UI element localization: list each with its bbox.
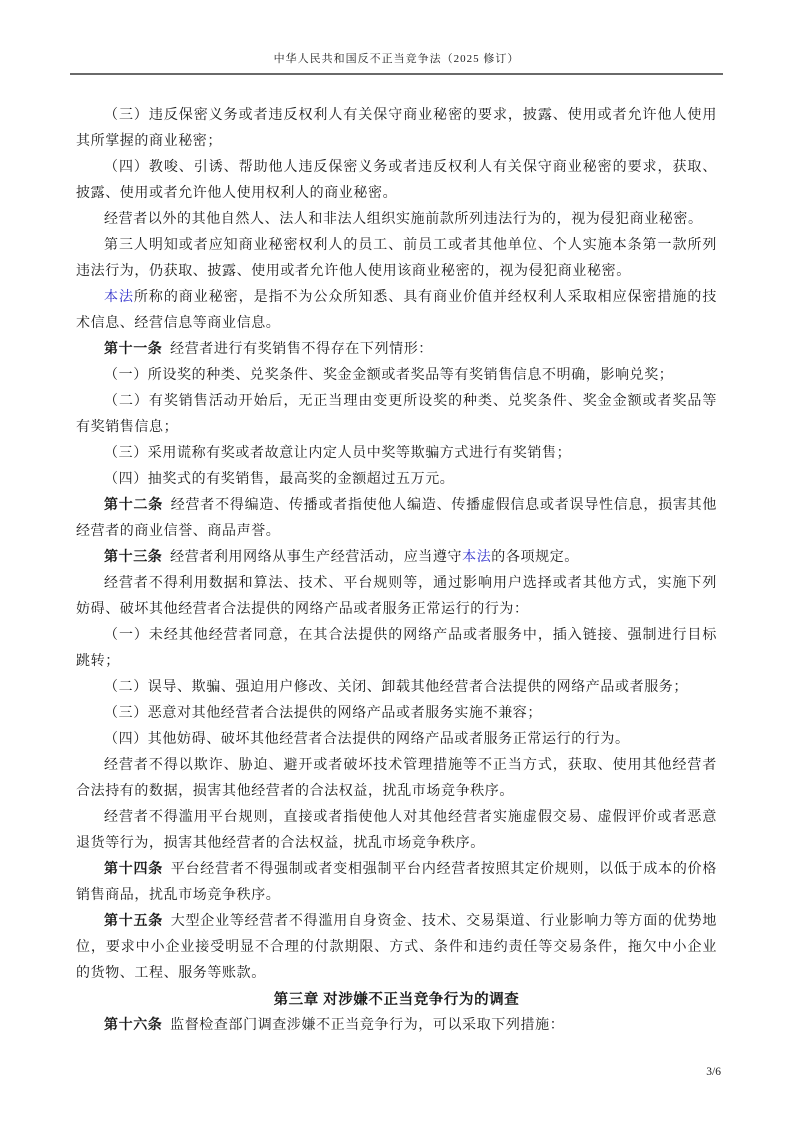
paragraph: 经营者以外的其他自然人、法人和非法人组织实施前款所列违法行为的，视为侵犯商业秘密… xyxy=(76,207,717,233)
text-run: 所称的商业秘密，是指不为公众所知悉、具有商业价值并经权利人采取相应保密措施的技术… xyxy=(76,290,717,331)
paragraph: （四）教唆、引诱、帮助他人违反保密义务或者违反权利人有关保守商业秘密的要求，获取… xyxy=(76,155,717,207)
text-run: （一）所设奖的种类、兑奖条件、奖金金额或者奖品等有奖销售信息不明确，影响兑奖； xyxy=(104,368,673,383)
text-run: （三）采用谎称有奖或者故意让内定人员中奖等欺骗方式进行有奖销售； xyxy=(104,446,571,461)
document-body: （三）违反保密义务或者违反权利人有关保守商业秘密的要求，披露、使用或者允许他人使… xyxy=(0,75,793,1039)
paragraph: 经营者不得利用数据和算法、技术、平台规则等，通过影响用户选择或者其他方式，实施下… xyxy=(76,571,717,623)
paragraph: 经营者不得滥用平台规则，直接或者指使他人对其他经营者实施虚假交易、虚假评价或者恶… xyxy=(76,805,717,857)
text-run: （四）抽奖式的有奖销售，最高奖的金额超过五万元。 xyxy=(104,472,454,487)
paragraph: 第十六条监督检查部门调查涉嫌不正当竞争行为，可以采取下列措施： xyxy=(76,1013,717,1039)
text-run: 经营者不得编造、传播或者指使他人编造、传播虚假信息或者误导性信息，损害其他经营者… xyxy=(76,498,717,539)
text-run: （三）恶意对其他经营者合法提供的网络产品或者服务实施不兼容； xyxy=(104,706,542,721)
text-run: 大型企业等经营者不得滥用自身资金、技术、交易渠道、行业影响力等方面的优势地位，要… xyxy=(76,914,717,981)
paragraph: （三）采用谎称有奖或者故意让内定人员中奖等欺骗方式进行有奖销售； xyxy=(76,441,717,467)
text-run: 经营者进行有奖销售不得存在下列情形： xyxy=(170,342,433,357)
document-title: 中华人民共和国反不正当竞争法（2025 修订） xyxy=(70,50,723,75)
text-run: 监督检查部门调查涉嫌不正当竞争行为，可以采取下列措施： xyxy=(170,1018,564,1033)
text-run: 经营者不得利用数据和算法、技术、平台规则等，通过影响用户选择或者其他方式，实施下… xyxy=(76,576,717,617)
paragraph: 第十三条经营者利用网络从事生产经营活动，应当遵守本法的各项规定。 xyxy=(76,545,717,571)
paragraph: 第三人明知或者应知商业秘密权利人的员工、前员工或者其他单位、个人实施本条第一款所… xyxy=(76,233,717,285)
text-run: 经营者不得滥用平台规则，直接或者指使他人对其他经营者实施虚假交易、虚假评价或者恶… xyxy=(76,810,717,851)
text-run: （三）违反保密义务或者违反权利人有关保守商业秘密的要求，披露、使用或者允许他人使… xyxy=(76,108,717,149)
law-reference-link[interactable]: 本法 xyxy=(462,550,491,565)
paragraph: 第十二条经营者不得编造、传播或者指使他人编造、传播虚假信息或者误导性信息，损害其… xyxy=(76,493,717,545)
paragraph: 经营者不得以欺诈、胁迫、避开或者破坏技术管理措施等不正当方式，获取、使用其他经营… xyxy=(76,753,717,805)
law-reference-link[interactable]: 本法 xyxy=(104,290,134,305)
paragraph: 本法所称的商业秘密，是指不为公众所知悉、具有商业价值并经权利人采取相应保密措施的… xyxy=(76,285,717,337)
text-run: （二）有奖销售活动开始后，无正当理由变更所设奖的种类、兑奖条件、奖金金额或者奖品… xyxy=(76,394,717,435)
paragraph: （四）抽奖式的有奖销售，最高奖的金额超过五万元。 xyxy=(76,467,717,493)
document-page: 中华人民共和国反不正当竞争法（2025 修订） （三）违反保密义务或者违反权利人… xyxy=(0,0,793,1122)
text-run: 经营者利用网络从事生产经营活动，应当遵守 xyxy=(170,550,462,565)
paragraph: （四）其他妨碍、破坏其他经营者合法提供的网络产品或者服务正常运行的行为。 xyxy=(76,727,717,753)
paragraph: （一）所设奖的种类、兑奖条件、奖金金额或者奖品等有奖销售信息不明确，影响兑奖； xyxy=(76,363,717,389)
text-run: （四）教唆、引诱、帮助他人违反保密义务或者违反权利人有关保守商业秘密的要求，获取… xyxy=(76,160,717,201)
paragraph: （一）未经其他经营者同意，在其合法提供的网络产品或者服务中，插入链接、强制进行目… xyxy=(76,623,717,675)
text-run: 平台经营者不得强制或者变相强制平台内经营者按照其定价规则，以低于成本的价格销售商… xyxy=(76,862,717,903)
paragraph: 第十四条平台经营者不得强制或者变相强制平台内经营者按照其定价规则，以低于成本的价… xyxy=(76,857,717,909)
page-number: 3/6 xyxy=(706,1066,721,1078)
chapter-heading: 第三章 对涉嫌不正当竞争行为的调查 xyxy=(76,987,717,1013)
paragraph: （二）有奖销售活动开始后，无正当理由变更所设奖的种类、兑奖条件、奖金金额或者奖品… xyxy=(76,389,717,441)
text-run: （一）未经其他经营者同意，在其合法提供的网络产品或者服务中，插入链接、强制进行目… xyxy=(76,628,717,669)
text-run: 第三人明知或者应知商业秘密权利人的员工、前员工或者其他单位、个人实施本条第一款所… xyxy=(76,238,717,279)
text-run: （二）误导、欺骗、强迫用户修改、关闭、卸载其他经营者合法提供的网络产品或者服务； xyxy=(104,680,688,695)
paragraph: （二）误导、欺骗、强迫用户修改、关闭、卸载其他经营者合法提供的网络产品或者服务； xyxy=(76,675,717,701)
paragraph: 第十五条大型企业等经营者不得滥用自身资金、技术、交易渠道、行业影响力等方面的优势… xyxy=(76,909,717,987)
paragraph: （三）恶意对其他经营者合法提供的网络产品或者服务实施不兼容； xyxy=(76,701,717,727)
article-number: 第十六条 xyxy=(104,1018,162,1033)
text-run: （四）其他妨碍、破坏其他经营者合法提供的网络产品或者服务正常运行的行为。 xyxy=(104,732,630,747)
article-number: 第十三条 xyxy=(104,550,162,565)
paragraph: （三）违反保密义务或者违反权利人有关保守商业秘密的要求，披露、使用或者允许他人使… xyxy=(76,103,717,155)
text-run: 经营者以外的其他自然人、法人和非法人组织实施前款所列违法行为的，视为侵犯商业秘密… xyxy=(104,212,703,227)
text-run: 第三章 对涉嫌不正当竞争行为的调查 xyxy=(274,992,520,1008)
article-number: 第十一条 xyxy=(104,342,162,357)
article-number: 第十二条 xyxy=(104,498,163,513)
article-number: 第十五条 xyxy=(104,914,163,929)
page-header: 中华人民共和国反不正当竞争法（2025 修订） xyxy=(0,0,793,75)
article-number: 第十四条 xyxy=(104,862,163,877)
text-run: 的各项规定。 xyxy=(491,550,579,565)
paragraph: 第十一条经营者进行有奖销售不得存在下列情形： xyxy=(76,337,717,363)
text-run: 经营者不得以欺诈、胁迫、避开或者破坏技术管理措施等不正当方式，获取、使用其他经营… xyxy=(76,758,717,799)
